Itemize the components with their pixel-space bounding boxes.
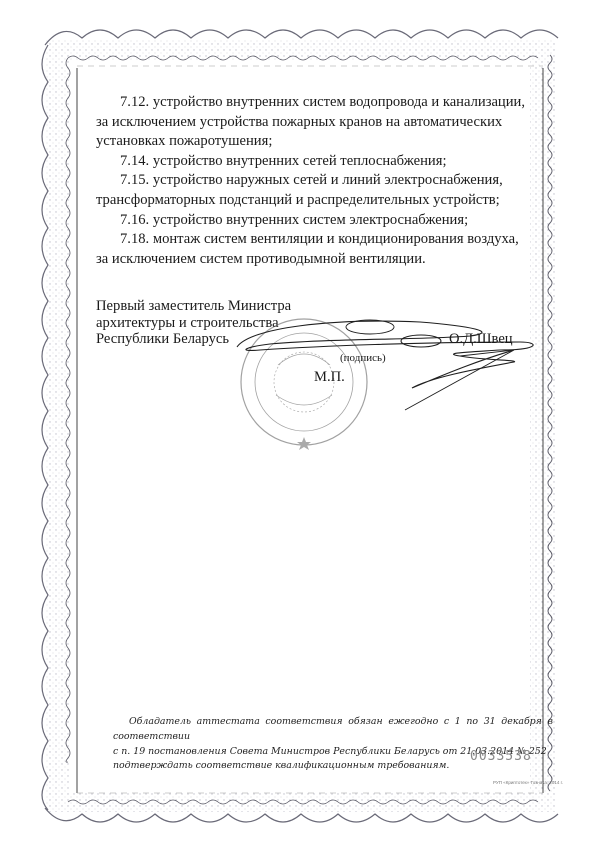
notice-line: Обладатель аттестата соответствия обязан…	[113, 715, 553, 745]
item-7-15-cont-1: трансформаторных подстанций и распредели…	[96, 191, 566, 211]
item-7-18-cont-1: за исключением систем противодымной вент…	[96, 250, 566, 270]
item-7-12-cont-2: установках пожаротушения;	[96, 132, 566, 152]
signatory-title: Первый заместитель Министра архитектуры …	[96, 298, 291, 348]
printer-mark: РУП «Криптотех» Гознака, 2014 г.	[493, 780, 563, 785]
serial-number: 0033538	[470, 749, 532, 764]
item-7-14: 7.14. устройство внутренних сетей теплос…	[96, 152, 566, 172]
item-7-18: 7.18. монтаж систем вентиляции и кондици…	[96, 230, 566, 250]
signatory-title-line: архитектуры и строительства	[96, 315, 291, 332]
signatory-name: О.Д.Швец	[449, 331, 513, 348]
stamp-label: М.П.	[314, 369, 345, 386]
certificate-page: 7.12. устройство внутренних систем водоп…	[0, 0, 590, 845]
signature-caption: (подпись)	[340, 352, 386, 364]
activity-list: 7.12. устройство внутренних систем водоп…	[96, 93, 566, 269]
signatory-title-line: Первый заместитель Министра	[96, 298, 291, 315]
item-7-15: 7.15. устройство наружных сетей и линий …	[96, 171, 566, 191]
item-7-12-cont-1: за исключением устройства пожарных крано…	[96, 113, 566, 133]
item-7-16: 7.16. устройство внутренних систем элект…	[96, 211, 566, 231]
item-7-12: 7.12. устройство внутренних систем водоп…	[96, 93, 566, 113]
obligation-notice: Обладатель аттестата соответствия обязан…	[113, 715, 553, 774]
signatory-title-line: Республики Беларусь	[96, 331, 291, 348]
